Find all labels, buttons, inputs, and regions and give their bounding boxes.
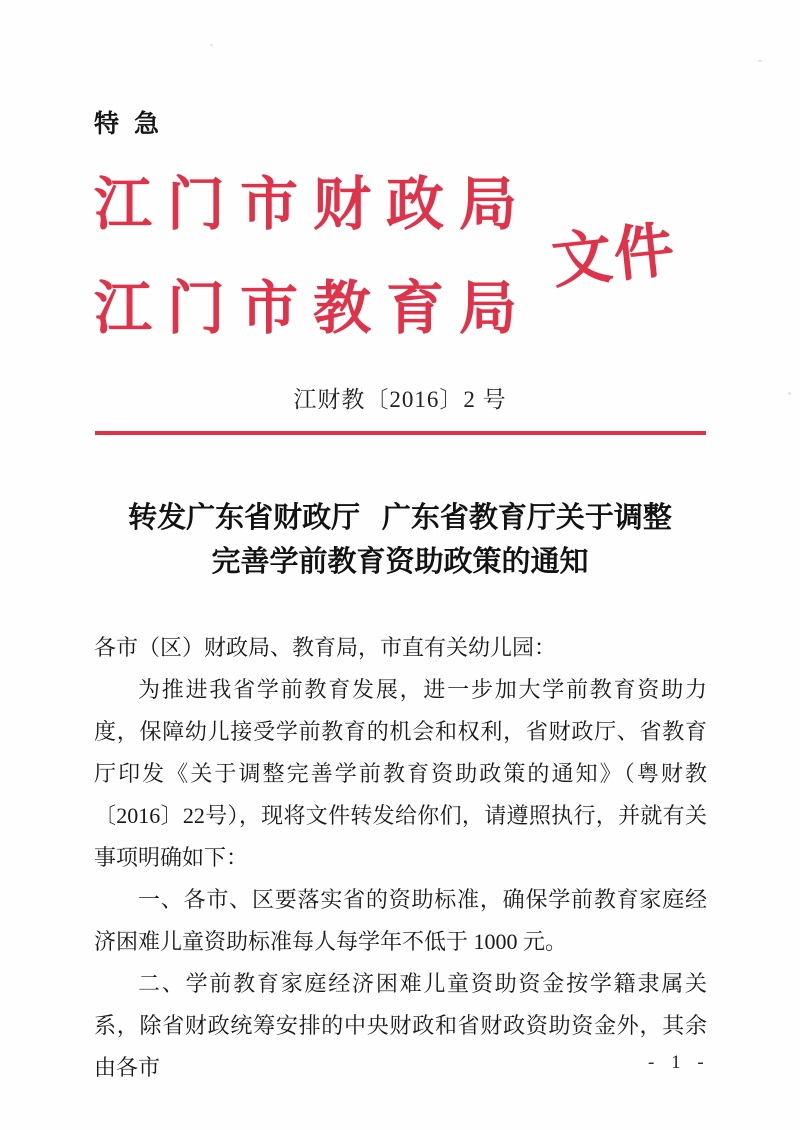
document-body: 各市（区）财政局、教育局，市直有关幼儿园： 为推进我省学前教育发展，进一步加大学… [94,627,707,1089]
doc-number: 江财教〔2016〕2 号 [0,381,800,414]
doc-type-label: 文件 [549,220,679,293]
urgency-label: 特急 [94,104,174,140]
issuer-line-finance-bureau: 江门市财政局 [94,176,532,234]
paragraph-item-1: 一、各市、区要落实省的资助标准，确保学前教育家庭经济困难儿童资助标准每人每学年不… [94,879,707,963]
scan-speck [758,60,762,62]
title-line-2: 完善学前教育资助政策的通知 [0,540,800,584]
paragraph-item-2: 二、学前教育家庭经济困难儿童资助资金按学籍隶属关系，除省财政统筹安排的中央财政和… [94,963,707,1089]
salutation-line: 各市（区）财政局、教育局，市直有关幼儿园： [94,627,707,669]
issuer-names: 江门市财政局 江门市教育局 [94,176,532,338]
red-divider-line [95,431,706,435]
document-page: 特急 江门市财政局 江门市教育局 文件 江财教〔2016〕2 号 转发广东省财政… [0,0,800,1130]
scan-speck [210,44,213,46]
title-line-1: 转发广东省财政厅 广东省教育厅关于调整 [0,496,800,540]
page-number: - 1 - [648,1052,710,1074]
issuer-line-education-bureau: 江门市教育局 [94,280,532,338]
document-title: 转发广东省财政厅 广东省教育厅关于调整 完善学前教育资助政策的通知 [0,496,800,584]
paragraph-intro: 为推进我省学前教育发展，进一步加大学前教育资助力度，保障幼儿接受学前教育的机会和… [94,669,707,879]
